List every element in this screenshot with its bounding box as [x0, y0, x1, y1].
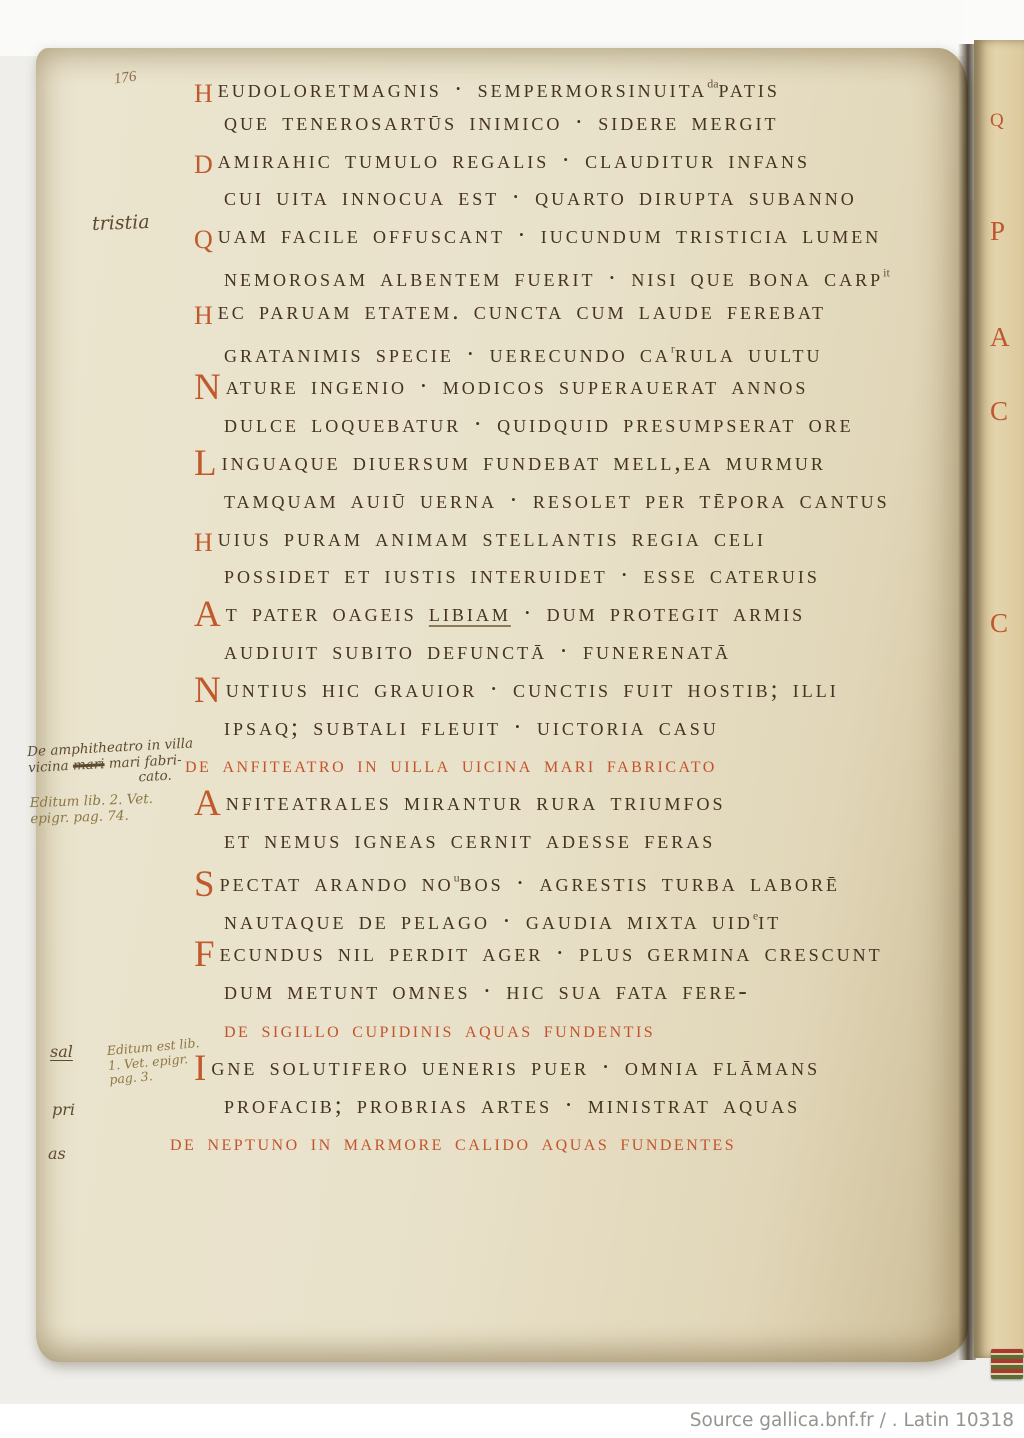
line-text: inguaque diuersum fundebat mell,ea murmu… — [222, 449, 826, 476]
verse-line: Nature ingenio · modicos superauerat ann… — [194, 368, 968, 406]
verse-line: audiuit subito defunctā · funerenatā — [194, 633, 968, 671]
versal-initial: L — [194, 445, 220, 482]
verse-line: tamquam auiū uerna · resolet per tēpora … — [194, 482, 968, 520]
source-label: Source gallica.bnf.fr / . Latin 10318 — [690, 1410, 1014, 1431]
facing-page-initial-fragment: A — [990, 322, 1010, 353]
verse-line: dum metunt omnes · hic sua fata fere- — [194, 973, 968, 1011]
versal-initial: q — [194, 218, 216, 255]
rubric-line: de anfiteatro in uilla uicina mari fabri… — [185, 746, 968, 784]
line-text: amirahic tumulo regalis · clauditur infa… — [218, 147, 810, 174]
endband-textile — [991, 1349, 1023, 1379]
versal-initial: h — [194, 294, 216, 331]
line-text: pectat arando noubos · agrestis turba la… — [220, 870, 840, 897]
manuscript-scan: 176 heudoloretmagnis · sempermorsinuitad… — [0, 0, 1024, 1438]
versal-initial: S — [194, 866, 218, 903]
margin-note-sal: salprias — [50, 1042, 110, 1172]
verse-line: damirahic tumulo regalis · clauditur inf… — [194, 142, 968, 180]
margin-note-edition-1: Editum lib. 2. Vet.epigr. pag. 74. — [29, 792, 153, 827]
note-word: sal — [50, 1042, 73, 1061]
rubric-line: de sigillo cupidinis aquas fundentis — [194, 1011, 968, 1049]
versal-initial: h — [194, 72, 216, 109]
verse-line: huius puram animam stellantis regia celi — [194, 520, 968, 558]
line-text: nemorosam albentem fuerit · nisi que bon… — [224, 265, 890, 292]
verse-line: Nuntius hic grauior · cunctis fuit hosti… — [194, 671, 968, 709]
line-text: uam facile offuscant · iucundum tristici… — [218, 222, 882, 249]
facing-page: qPACC — [974, 40, 1024, 1358]
versal-initial: F — [194, 936, 218, 973]
line-text: gratanimis specie · uerecundo carrula uu… — [224, 341, 823, 368]
line-text: nfiteatrales mirantur rura triumfos — [226, 789, 726, 816]
verse-line: que tenerosartūs inimico · sidere mergit — [194, 104, 968, 142]
versal-initial: h — [194, 521, 216, 558]
verse-line: quam facile offuscant · iucundum tristic… — [194, 217, 968, 255]
versal-initial: N — [194, 369, 224, 406]
verse-line: heudoloretmagnis · sempermorsinuitadapat… — [194, 66, 968, 104]
line-text: possidet et iustis interuidet · esse cat… — [224, 562, 820, 589]
verse-line: nautaque de pelago · gaudia mixta uideit — [194, 898, 968, 936]
line-text: et nemus igneas cernit adesse feras — [224, 827, 715, 854]
versal-initial: A — [194, 596, 224, 633]
versal-initial: d — [194, 143, 216, 180]
verse-line: possidet et iustis interuidet · esse cat… — [194, 557, 968, 595]
line-text: ec paruam etatem. cuncta cum laude fereb… — [218, 298, 826, 325]
verse-line: Anfiteatrales mirantur rura triumfos — [194, 784, 968, 822]
line-text: de anfiteatro in uilla uicina mari fabri… — [185, 752, 717, 777]
versal-initial: A — [194, 785, 224, 822]
verse-line: cui uita innocua est · quarto dirupta su… — [194, 179, 968, 217]
line-text: ecundus nil perdit ager · plus germina c… — [220, 940, 883, 967]
line-text: nautaque de pelago · gaudia mixta uideit — [224, 908, 781, 935]
facing-page-initial-fragment: q — [990, 102, 1004, 133]
rubric-line: de neptuno in marmore calido aquas funde… — [170, 1124, 968, 1162]
margin-note-edition-2: Editum est lib.1. Vet. epigr.pag. 3. — [106, 1036, 202, 1087]
verse-line: profacib; probrias artes · ministrat aqu… — [194, 1087, 968, 1125]
facing-page-initial-fragment: C — [990, 396, 1008, 427]
note-word: pri — [52, 1100, 75, 1119]
verse-line: At pater oageis libiam · dum protegit ar… — [194, 595, 968, 633]
line-text: que tenerosartūs inimico · sidere mergit — [224, 109, 778, 136]
verse-line: Fecundus nil perdit ager · plus germina … — [194, 935, 968, 973]
verse-line: Spectat arando noubos · agrestis turba l… — [194, 860, 968, 898]
margin-note-tristia: tristia — [92, 211, 150, 235]
line-text: uius puram animam stellantis regia celi — [218, 525, 766, 552]
line-text: gne solutifero ueneris puer · omnia flām… — [211, 1054, 820, 1081]
line-text: untius hic grauior · cunctis fuit hostib… — [226, 676, 839, 703]
verse-line: ipsaq; subtali fleuit · uictoria casu — [194, 709, 968, 747]
verse-line: dulce loquebatur · quidquid presumpserat… — [194, 406, 968, 444]
note-word: as — [48, 1144, 66, 1163]
verse-line: et nemus igneas cernit adesse feras — [194, 822, 968, 860]
facing-page-initial-fragment: P — [990, 216, 1005, 247]
line-text: de neptuno in marmore calido aquas funde… — [170, 1130, 736, 1155]
verse-line: gratanimis specie · uerecundo carrula uu… — [194, 331, 968, 369]
verse-line: nemorosam albentem fuerit · nisi que bon… — [194, 255, 968, 293]
manuscript-page: 176 heudoloretmagnis · sempermorsinuitad… — [36, 48, 968, 1362]
line-text: cui uita innocua est · quarto dirupta su… — [224, 184, 857, 211]
line-text: ature ingenio · modicos superauerat anno… — [226, 373, 809, 400]
facing-page-initial-fragment: C — [990, 608, 1008, 639]
verse-line: Igne solutifero ueneris puer · omnia flā… — [194, 1049, 968, 1087]
line-text: eudoloretmagnis · sempermorsinuitadapati… — [218, 76, 780, 103]
line-text: profacib; probrias artes · ministrat aqu… — [224, 1092, 800, 1119]
line-text: ipsaq; subtali fleuit · uictoria casu — [224, 714, 719, 741]
line-text: de sigillo cupidinis aquas fundentis — [224, 1017, 655, 1042]
verse-line: Linguaque diuersum fundebat mell,ea murm… — [194, 444, 968, 482]
source-footer: Source gallica.bnf.fr / . Latin 10318 — [0, 1404, 1024, 1438]
text-column: heudoloretmagnis · sempermorsinuitadapat… — [194, 66, 968, 1162]
line-text: dum metunt omnes · hic sua fata fere- — [224, 978, 750, 1005]
line-text: audiuit subito defunctā · funerenatā — [224, 638, 731, 665]
versal-initial: N — [194, 672, 224, 709]
verse-line: hec paruam etatem. cuncta cum laude fere… — [194, 293, 968, 331]
line-text: t pater oageis libiam · dum protegit arm… — [226, 600, 805, 627]
line-text: dulce loquebatur · quidquid presumpserat… — [224, 411, 854, 438]
line-text: tamquam auiū uerna · resolet per tēpora … — [224, 487, 890, 514]
folio-number: 176 — [113, 69, 138, 89]
